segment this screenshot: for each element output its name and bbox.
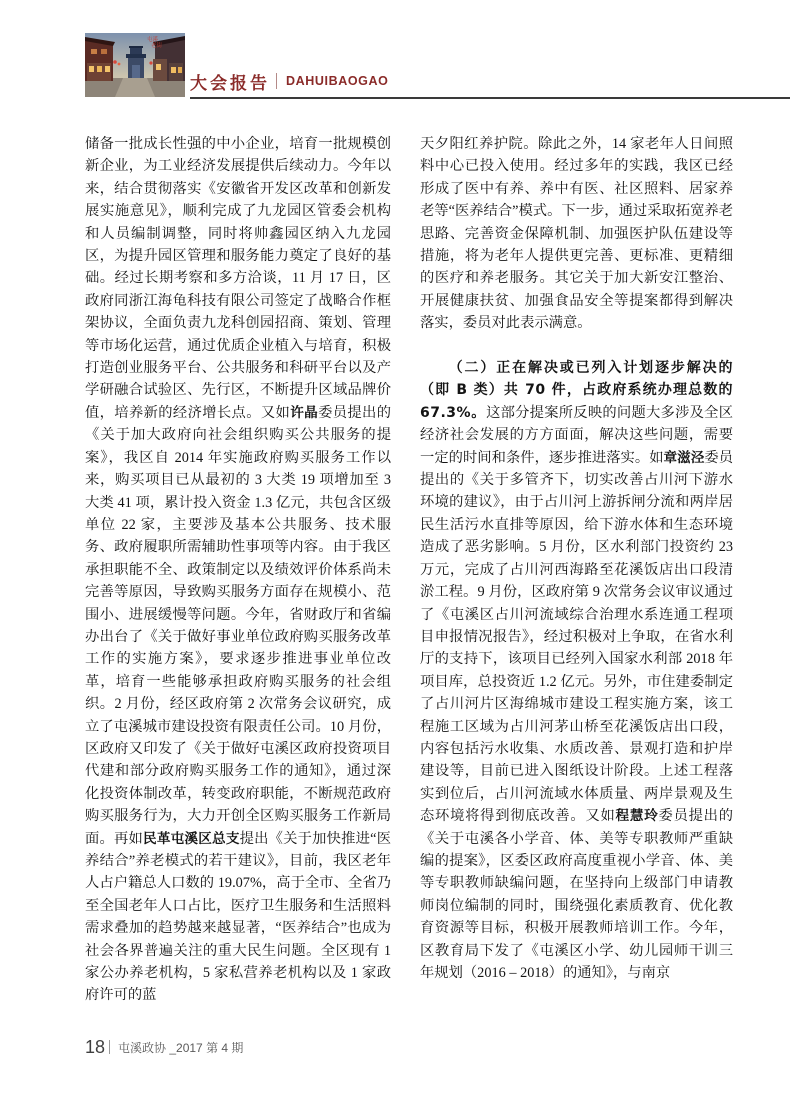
emphasis-name: 程慧玲 [616, 808, 659, 824]
old-street-photo: 屯溪 老街 [85, 33, 185, 97]
magazine-page: 屯溪 老街 大会报告 DAHUIBAOGAO 储备一批成长性强的中小企业，培育一… [0, 0, 804, 1098]
photo-overlay-calligraphy: 屯溪 [147, 35, 159, 43]
article-column-left: 储备一批成长性强的中小企业，培育一批规模创新企业，为工业经济发展提供后续动力。今… [85, 133, 391, 1018]
page-number: 18 [85, 1037, 105, 1058]
section-title: 大会报告 [190, 69, 270, 94]
text-run: 委员提出的《关于多管齐下，切实改善占川河下游水环境的建议》，由于占川河上游拆闸分… [420, 450, 733, 825]
section-masthead: 大会报告 DAHUIBAOGAO [190, 68, 388, 94]
body-paragraph: 天夕阳红养护院。除此之外，14 家老年人日间照料中心已投入使用。经过多年的实践，… [420, 133, 733, 335]
text-run: 提出《关于加快推进“医养结合”养老模式的若干建议》，目前，我区老年人占户籍总人口… [85, 831, 391, 1004]
svg-text:老街: 老街 [151, 41, 163, 49]
article-column-right: 天夕阳红养护院。除此之外，14 家老年人日间照料中心已投入使用。经过多年的实践，… [420, 133, 733, 1018]
emphasis-name: 民革屯溪区总支 [143, 831, 240, 847]
text-run: 委员提出的《关于屯溪各小学音、体、美等专职教师严重缺编的提案》，区委区政府高度重… [420, 808, 733, 981]
emphasis-name: 章滋泾 [664, 450, 705, 466]
body-paragraph: 储备一批成长性强的中小企业，培育一批规模创新企业，为工业经济发展提供后续动力。今… [85, 133, 391, 1007]
text-run: 委员提出的《关于加大政府向社会组织购买公共服务的提案》，我区自 2014 年实施… [85, 405, 391, 847]
emphasis-name: 许晶 [290, 405, 318, 421]
old-street-illustration: 屯溪 老街 [85, 33, 185, 97]
text-run: 天夕阳红养护院。除此之外，14 家老年人日间照料中心已投入使用。经过多年的实践，… [420, 136, 733, 331]
section-subtitle: DAHUIBAOGAO [286, 74, 388, 88]
page-footer: 18 屯溪政协 _2017 第 4 期 [85, 1036, 243, 1058]
publication-info: 屯溪政协 _2017 第 4 期 [118, 1039, 243, 1056]
text-run: 储备一批成长性强的中小企业，培育一批规模创新企业，为工业经济发展提供后续动力。今… [85, 136, 391, 421]
body-paragraph: （二）正在解决或已列入计划逐步解决的（即 B 类）共 70 件，占政府系统办理总… [420, 357, 733, 984]
title-divider [276, 73, 277, 89]
header-rule [190, 97, 790, 99]
footer-divider [109, 1040, 110, 1054]
